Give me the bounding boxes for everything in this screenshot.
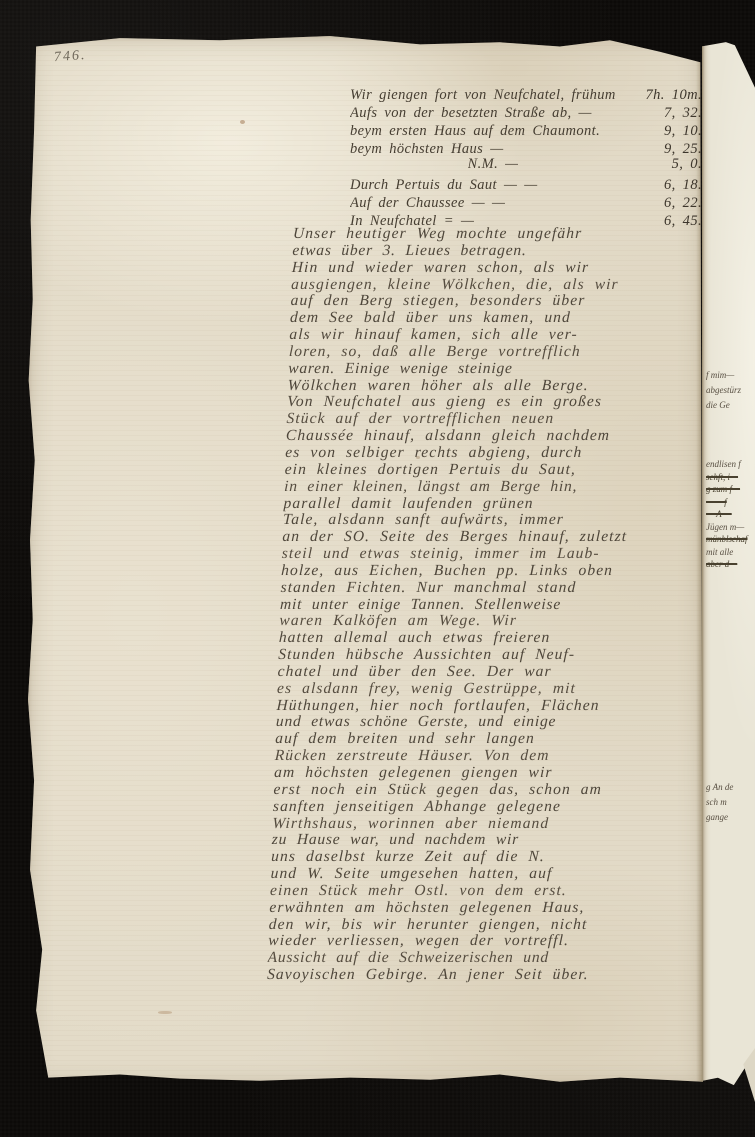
itinerary-label: Durch Pertuis du Saut — — <box>350 176 538 194</box>
itinerary-label: Aufs von der besetzten Straße ab, — <box>350 104 592 122</box>
itinerary-time: 7h. 10m. <box>645 86 702 104</box>
itinerary-row: Auf der Chaussee — — 6, 22. <box>350 194 702 212</box>
margin-fragment: aber d— <box>706 558 754 571</box>
body-line: parallel damit laufenden grünen <box>283 496 716 513</box>
body-line: Stück auf der vortrefflichen neuen <box>286 411 719 428</box>
itinerary-label: beym höchsten Haus — <box>350 140 504 158</box>
paper-stain <box>574 38 578 41</box>
body-line: Savoyischen Gebirge. An jener Seit über. <box>267 967 700 984</box>
body-line: Chaussée hinauf, alsdann gleich nachdem <box>286 428 719 445</box>
body-line: und W. Seite umgesehen hatten, auf <box>270 866 703 883</box>
margin-fragment: g An de <box>706 780 754 795</box>
body-line: dem See bald über uns kamen, und <box>290 310 723 327</box>
body-line: standen Fichten. Nur manchmal stand <box>280 580 713 597</box>
margin-fragment: schft, i— <box>706 471 754 484</box>
itinerary-time: 7, 32. <box>646 104 702 122</box>
body-line: Unser heutiger Weg mochte ungefähr <box>293 226 726 243</box>
body-line: etwas über 3. Lieues betragen. <box>292 243 725 260</box>
body-line: Hüthungen, hier noch fortlaufen, Flächen <box>276 698 709 715</box>
itinerary-row: Wir giengen fort von Neufchatel, frühum … <box>350 86 702 104</box>
body-line: es alsdann frey, wenig Gestrüppe, mit <box>277 681 710 698</box>
next-leaf-edge: f mim— abgestürz die Ge endlisen f schft… <box>702 40 755 1100</box>
next-leaf-fragments-bottom: g An de sch m gange <box>706 780 754 825</box>
body-line: auf den Berg stiegen, besonders über <box>290 293 723 310</box>
margin-fragment: g zum f— <box>706 483 754 496</box>
margin-fragment: —— f <box>706 496 754 509</box>
margin-fragment: mit alle <box>706 546 754 559</box>
body-line: als wir hinauf kamen, sich alle ver- <box>289 327 722 344</box>
body-line: wieder verliessen, wegen der vortreffl. <box>268 933 701 950</box>
itinerary-row: beym ersten Haus auf dem Chaumont. 9, 10… <box>350 122 702 140</box>
body-line: auf dem breiten und sehr langen <box>275 731 708 748</box>
margin-fragment: endlisen f <box>706 458 754 471</box>
itinerary-row: Aufs von der besetzten Straße ab, — 7, 3… <box>350 104 702 122</box>
body-line: Stunden hübsche Aussichten auf Neuf- <box>278 647 711 664</box>
body-line: waren Kalköfen am Wege. Wir <box>279 613 712 630</box>
margin-fragment: gange <box>706 810 754 825</box>
body-line: ein kleines dortigen Pertuis du Saut, <box>284 462 717 479</box>
body-line: waren. Einige wenige steinige <box>288 361 721 378</box>
body-line: steil und etwas steinig, immer im Laub- <box>281 546 714 563</box>
body-line: Rücken zerstreute Häuser. Von dem <box>274 748 707 765</box>
itinerary-label: Wir giengen fort von Neufchatel, frühum <box>350 86 616 104</box>
body-line: Tale, alsdann sanft aufwärts, immer <box>283 512 716 529</box>
next-leaf-fragments-mid: endlisen f schft, i— g zum f— —— f — A —… <box>706 458 754 571</box>
next-leaf-fragments-top: f mim— abgestürz die Ge <box>706 368 754 413</box>
body-line: Wirthshaus, worinnen aber niemand <box>272 816 705 833</box>
body-line: chatel und über den See. Der war <box>277 664 710 681</box>
itinerary-row: beym höchsten Haus — 9, 25. <box>350 140 702 158</box>
body-line: am höchsten gelegenen giengen wir <box>274 765 707 782</box>
manuscript-page: 746. Wir giengen fort von Neufchatel, fr… <box>28 36 703 1086</box>
margin-fragment: sch m <box>706 795 754 810</box>
body-line: loren, so, daß alle Berge vortrefflich <box>289 344 722 361</box>
margin-fragment: Jügen m— <box>706 521 754 534</box>
itinerary-time: 6, 18. <box>646 176 702 194</box>
paper-stain <box>158 1011 172 1014</box>
body-line: und etwas schöne Gerste, und einige <box>276 714 709 731</box>
margin-fragment: abgestürz <box>706 383 754 398</box>
itinerary-time: 6, 22. <box>646 194 702 212</box>
body-line: einen Stück mehr Ostl. von dem erst. <box>270 883 703 900</box>
margin-fragment: münblschaf <box>706 533 754 546</box>
margin-fragment: die Ge <box>706 398 754 413</box>
margin-fragment: f mim— <box>706 368 754 383</box>
body-line: an der SO. Seite des Berges hinauf, zule… <box>282 529 715 546</box>
body-line: sanften jenseitigen Abhange gelegene <box>273 799 706 816</box>
itinerary-row: N.M. — 5, 0. <box>350 158 702 172</box>
body-line: uns daselbst kurze Zeit auf die N. <box>271 849 704 866</box>
body-line: hatten allemal auch etwas freieren <box>279 630 712 647</box>
itinerary-time: 5, 0. <box>646 158 702 172</box>
itinerary-time: 9, 10. <box>646 122 702 140</box>
body-line: Wölkchen waren höher als alle Berge. <box>287 378 720 395</box>
body-line: in einer kleinen, längst am Berge hin, <box>284 479 717 496</box>
body-line: mit unter einige Tannen. Stellenweise <box>280 597 713 614</box>
itinerary-table: Wir giengen fort von Neufchatel, frühum … <box>350 86 702 230</box>
itinerary-row: Durch Pertuis du Saut — — 6, 18. <box>350 176 702 194</box>
body-line: den wir, bis wir herunter giengen, nicht <box>269 917 702 934</box>
itinerary-label: beym ersten Haus auf dem Chaumont. <box>350 122 600 140</box>
itinerary-label: N.M. — <box>468 158 519 172</box>
body-line: erwähnten am höchsten gelegenen Haus, <box>269 900 702 917</box>
page-number: 746. <box>53 48 87 66</box>
body-line: Aussicht auf die Schweizerischen und <box>267 950 700 967</box>
margin-fragment: — A — <box>706 508 754 521</box>
itinerary-label: Auf der Chaussee — — <box>350 194 505 212</box>
body-line: ausgiengen, kleine Wölkchen, die, als wi… <box>291 277 724 294</box>
paper-stain <box>240 120 245 124</box>
manuscript-photo: { "page": { "number": "746.", "backgroun… <box>0 0 755 1137</box>
body-line: Von Neufchatel aus gieng es ein großes <box>287 394 720 411</box>
body-line: holze, aus Eichen, Buchen pp. Links oben <box>281 563 714 580</box>
journal-body-text: Unser heutiger Weg mochte ungefähr etwas… <box>267 226 725 984</box>
body-line: Hin und wieder waren schon, als wir <box>291 260 724 277</box>
body-line: erst noch ein Stück gegen das, schon am <box>273 782 706 799</box>
body-line: es von selbiger rechts abgieng, durch <box>285 445 718 462</box>
body-line: zu Hause war, und nachdem wir <box>271 832 704 849</box>
